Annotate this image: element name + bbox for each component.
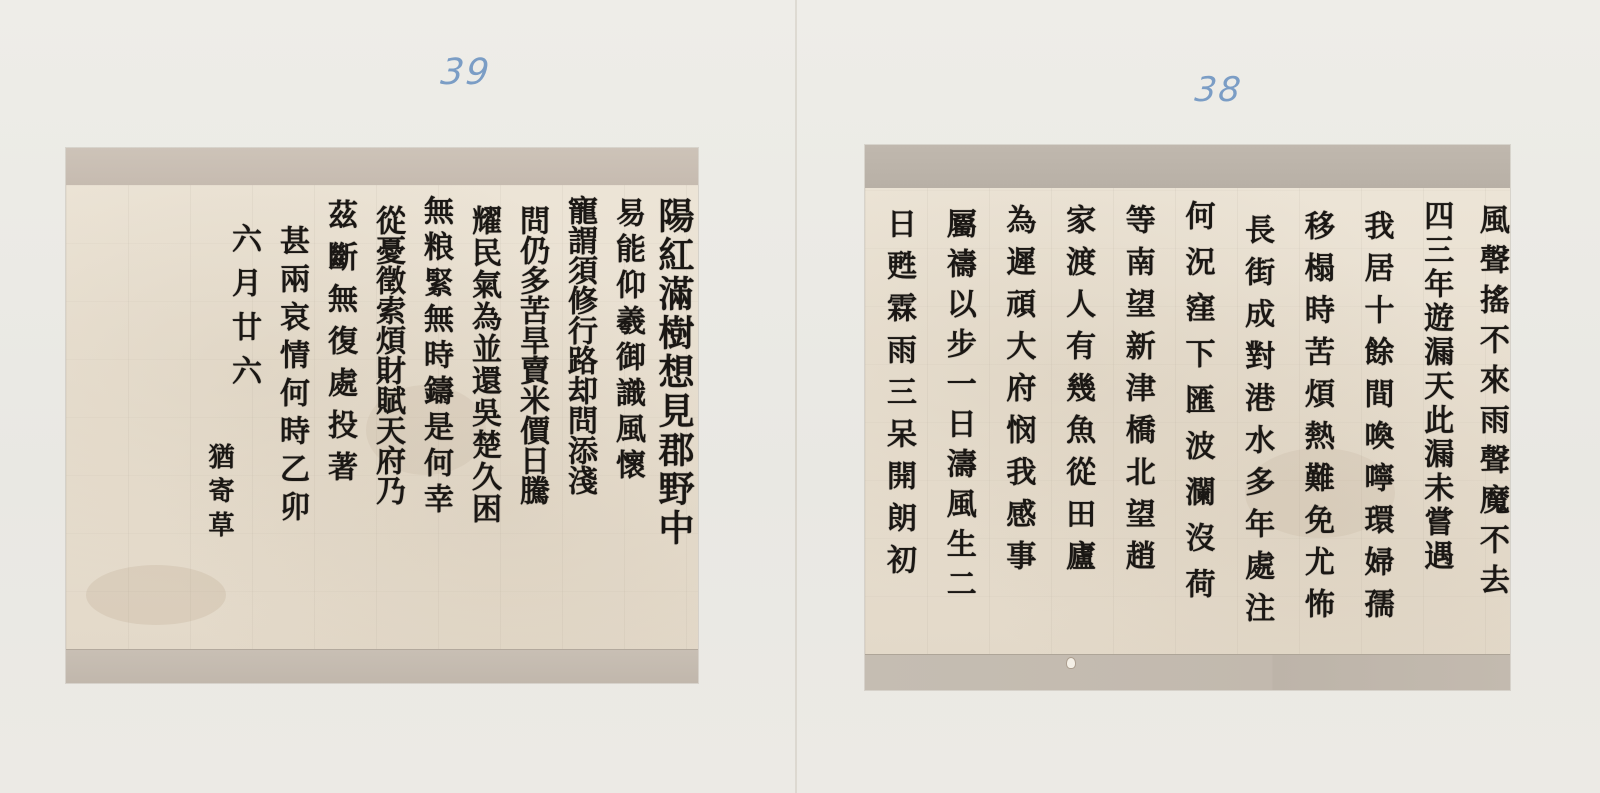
calligraphy-columns: 風聲搖不來雨聲魔不去 四三年遊漏天此漏未嘗遇 我居十餘間喚嚀環婦孺 移榻時苦煩熱… xyxy=(865,196,1510,647)
calligraphy-columns: 陽紅滿樹想見郡野中 易能仰羲御識風懷 寵謂須修行路却問添淺 問仍多苦旱賣米價日騰… xyxy=(202,193,692,642)
text-column: 四三年遊漏天此漏未嘗遇 xyxy=(1402,196,1450,647)
text-column: 陽紅滿樹想見郡野中 xyxy=(642,193,692,642)
text-column: 長街成對港水多年處注 xyxy=(1223,196,1271,647)
text-column: 為遲頑大府悯我感事 xyxy=(984,196,1032,647)
text-column: 風聲搖不來雨聲魔不去 xyxy=(1462,196,1506,647)
text-column: 我居十餘間喚嚀環婦孺 xyxy=(1343,196,1391,647)
text-column: 家渡人有幾魚從田廬 xyxy=(1044,196,1092,647)
mount-strip-top xyxy=(66,148,698,185)
text-column: 甚兩哀情何時乙卯 xyxy=(258,193,306,642)
text-column: 六月廿六 xyxy=(218,193,258,642)
letter-page-right: 風聲搖不來雨聲魔不去 四三年遊漏天此漏未嘗遇 我居十餘間喚嚀環婦孺 移榻時苦煩熱… xyxy=(865,145,1510,690)
text-column: 寵謂須修行路却問添淺 xyxy=(546,193,594,642)
text-column: 無粮緊無時鑄是何幸 xyxy=(402,193,450,642)
text-column: 易能仰羲御識風懷 xyxy=(594,193,642,642)
text-column: 茲斷無復處投著 xyxy=(306,193,354,642)
mount-strip-top xyxy=(865,145,1510,189)
letter-paper: 陽紅滿樹想見郡野中 易能仰羲御識風懷 寵謂須修行路却問添淺 問仍多苦旱賣米價日騰… xyxy=(66,185,698,650)
page-number-left: 39 xyxy=(439,52,493,93)
mount-damage-mark xyxy=(1067,658,1075,668)
text-column: 耀民氣為並還吳楚久困 xyxy=(450,193,498,642)
text-column: 日甦霖雨三呆開朗初 xyxy=(869,196,913,647)
letter-paper: 風聲搖不來雨聲魔不去 四三年遊漏天此漏未嘗遇 我居十餘間喚嚀環婦孺 移榻時苦煩熱… xyxy=(865,188,1510,655)
text-column: 屬禱以步一日濤風生二 xyxy=(925,196,973,647)
text-column: 何況窪下匯波瀾沒荷 xyxy=(1163,196,1211,647)
text-column: 從憂徵索煩財賦天府乃 xyxy=(354,193,402,642)
text-column: 移榻時苦煩熱難免尤怖 xyxy=(1283,196,1331,647)
mount-strip-bottom xyxy=(66,649,698,683)
text-column: 問仍多苦旱賣米價日騰 xyxy=(498,193,546,642)
album-center-seam xyxy=(795,0,797,793)
text-column: 等南望新津橋北望趙 xyxy=(1104,196,1152,647)
letter-page-left: 陽紅滿樹想見郡野中 易能仰羲御識風懷 寵謂須修行路却問添淺 問仍多苦旱賣米價日騰… xyxy=(66,148,698,683)
mount-strip-bottom xyxy=(865,654,1510,690)
page-number-right: 38 xyxy=(1193,70,1244,110)
